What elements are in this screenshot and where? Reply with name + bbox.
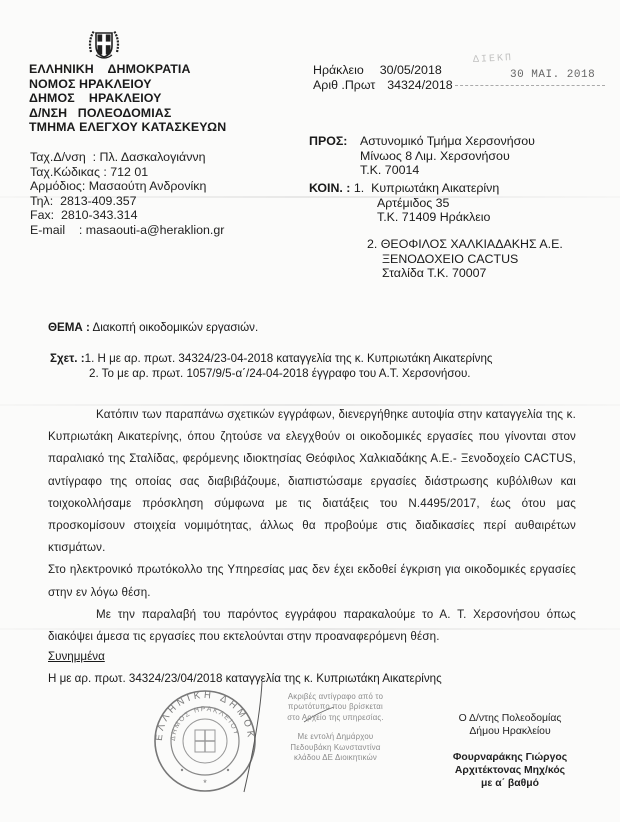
attachments-title: Συνημμένα bbox=[48, 650, 105, 663]
cc-line: Κυπριωτάκη Αικατερίνη bbox=[371, 181, 499, 195]
cc-label: ΚΟΙΝ. : bbox=[309, 181, 350, 195]
copy-certification-stamp: Ακριβές αντίγραφο από το πρωτότυπο που β… bbox=[273, 692, 398, 763]
signatory-title: Ο Δ/ντης Πολεοδομίας bbox=[410, 712, 610, 725]
contact-email: E-mail : masaouti-a@heraklion.gr bbox=[30, 223, 224, 238]
to-label: ΠΡΟΣ: bbox=[309, 134, 360, 149]
stamp-line: Με εντολή Δημάρχου bbox=[273, 732, 398, 742]
stamp-line: πρωτότυπο που βρίσκεται bbox=[273, 702, 398, 712]
document-date: 30/05/2018 bbox=[380, 63, 442, 77]
references: Σχετ. :1. Η με αρ. πρωτ. 34324/23-04-201… bbox=[50, 352, 493, 381]
recipient-cc-1: ΚΟΙΝ. : 1. Κυπριωτάκη Αικατερίνη Αρτέμιδ… bbox=[309, 181, 499, 225]
protocol-number: 34324/2018 bbox=[387, 78, 452, 92]
references-label: Σχετ. : bbox=[50, 352, 85, 365]
subject-text: Διακοπή οικοδομικών εργασιών. bbox=[92, 321, 258, 334]
stamp-line: κλάδου ΔΕ Διοικητικών bbox=[273, 753, 398, 763]
cc-number: 2. bbox=[367, 237, 377, 251]
org-line: ΕΛΛΗΝΙΚΗ ΔΗΜΟΚΡΑΤΙΑ bbox=[29, 62, 226, 77]
contact-postcode: Ταχ.Κώδικας : 712 01 bbox=[30, 165, 224, 180]
subject-label: ΘΕΜΑ : bbox=[48, 321, 90, 334]
contact-fax: Fax: 2810-343.314 bbox=[30, 208, 224, 223]
cc-line: Αρτέμιδος 35 bbox=[309, 196, 499, 211]
to-line: Μίνωος 8 Λιμ. Χερσονήσου bbox=[309, 149, 535, 164]
stamp-date: 30 ΜΑΙ. 2018 bbox=[510, 69, 595, 81]
signatory-title: Δήμου Ηρακλείου bbox=[410, 725, 610, 738]
org-line: ΤΜΗΜΑ ΕΛΕΓΧΟΥ ΚΑΤΑΣΚΕΥΩΝ bbox=[29, 120, 226, 135]
signatory-role: Αρχιτέκτονας Μηχ/κός bbox=[410, 764, 610, 777]
contact-address: Ταχ.Δ/νση : Πλ. Δασκαλογιάννη bbox=[30, 150, 224, 165]
signature-block: Ο Δ/ντης Πολεοδομίας Δήμου Ηρακλείου Φου… bbox=[410, 712, 610, 790]
cc-line: Σταλίδα Τ.Κ. 70007 bbox=[367, 266, 563, 281]
stamp-line: Πεδουβάκη Κωνσταντίνα bbox=[273, 743, 398, 753]
to-line: Αστυνομικό Τμήμα Χερσονήσου bbox=[360, 134, 535, 148]
received-stamp: ΔΙΕΚΠ 30 ΜΑΙ. 2018 bbox=[455, 52, 615, 94]
stamp-line bbox=[455, 85, 605, 86]
letter-body: Κατόπιν των παραπάνω σχετικών εγγράφων, … bbox=[48, 404, 576, 648]
org-line: ΔΗΜΟΣ ΗΡΑΚΛΕΙΟΥ bbox=[29, 91, 226, 106]
reference-item: 1. Η με αρ. πρωτ. 34324/23-04-2018 καταγ… bbox=[85, 352, 493, 365]
svg-text:*: * bbox=[203, 778, 207, 788]
body-paragraph: Κατόπιν των παραπάνω σχετικών εγγράφων, … bbox=[48, 404, 576, 559]
body-paragraph: Στο ηλεκτρονικό πρωτόκολλο της Υπηρεσίας… bbox=[48, 559, 576, 603]
contact-info: Ταχ.Δ/νση : Πλ. Δασκαλογιάννη Ταχ.Κώδικα… bbox=[30, 150, 224, 238]
recipient-to: ΠΡΟΣ:Αστυνομικό Τμήμα Χερσονήσου Μίνωος … bbox=[309, 134, 535, 178]
reference-item: 2. Το με αρ. πρωτ. 1057/9/5-α΄/24-04-201… bbox=[50, 367, 493, 382]
contact-person: Αρμόδιος: Μασαούτη Ανδρονίκη bbox=[30, 179, 224, 194]
recipient-cc-2: 2. ΘΕΟΦΙΛΟΣ ΧΑΛΚΙΑΔΑΚΗΣ Α.Ε. ΞΕΝΟΔΟΧΕΙΟ … bbox=[367, 237, 563, 281]
org-line: Δ/ΝΣΗ ΠΟΛΕΟΔΟΜΙΑΣ bbox=[29, 106, 226, 121]
place-label: Ηράκλειο bbox=[313, 63, 364, 77]
stamp-line: Ακριβές αντίγραφο από το bbox=[273, 692, 398, 702]
org-line: ΝΟΜΟΣ ΗΡΑΚΛΕΙΟΥ bbox=[29, 77, 226, 92]
cc-line: Τ.Κ. 71409 Ηράκλειο bbox=[309, 210, 499, 225]
cc-line: ΘΕΟΦΙΛΟΣ ΧΑΛΚΙΑΔΑΚΗΣ Α.Ε. bbox=[381, 237, 563, 251]
contact-phone: Τηλ: 2813-409.357 bbox=[30, 194, 224, 209]
protocol-label: Αριθ .Πρωτ bbox=[313, 78, 375, 92]
subject-line: ΘΕΜΑ : Διακοπή οικοδομικών εργασιών. bbox=[48, 321, 258, 334]
signatory-grade: με α΄ βαθμό bbox=[410, 777, 610, 790]
cc-number: 1. bbox=[354, 181, 364, 195]
date-protocol-block: Ηράκλειο30/05/2018 Αριθ .Πρωτ34324/2018 bbox=[313, 63, 453, 92]
stamp-faded-text: ΔΙΕΚΠ bbox=[473, 53, 514, 66]
signatory-name: Φουρναράκης Γιώργος bbox=[410, 751, 610, 764]
cc-line: ΞΕΝΟΔΟΧΕΙΟ CACTUS bbox=[367, 252, 563, 267]
greek-coat-of-arms-icon bbox=[86, 26, 122, 62]
stamp-line: στο Αρχείο της υπηρεσίας. bbox=[273, 713, 398, 723]
body-paragraph: Με την παραλαβή του παρόντος εγγράφου πα… bbox=[48, 604, 576, 648]
organization-header: ΕΛΛΗΝΙΚΗ ΔΗΜΟΚΡΑΤΙΑ ΝΟΜΟΣ ΗΡΑΚΛΕΙΟΥ ΔΗΜΟ… bbox=[29, 62, 226, 135]
to-line: Τ.Κ. 70014 bbox=[309, 163, 535, 178]
